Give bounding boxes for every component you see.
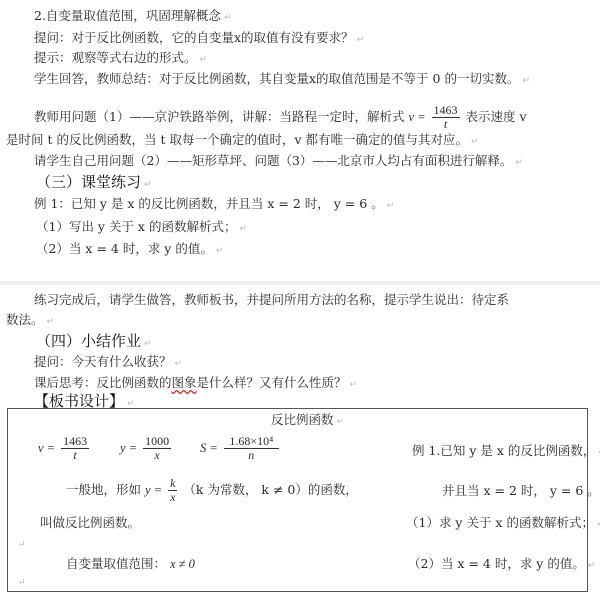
after-practice-text-2: 数法。 bbox=[6, 312, 44, 327]
board-domain: 自变量取值范围： x ≠ 0 bbox=[66, 556, 195, 572]
hint-line: 提示：观察等式右边的形式。↵ bbox=[34, 50, 207, 68]
paragraph-mark-icon: ↵ bbox=[18, 575, 26, 591]
formula-v-lhs: v = bbox=[38, 441, 55, 455]
paragraph-mark-icon: ↵ bbox=[144, 180, 152, 190]
formula-lhs: v = bbox=[408, 110, 425, 124]
paragraph-mark-icon: ↵ bbox=[471, 137, 479, 147]
formula-y-lhs: y = bbox=[120, 441, 137, 455]
paragraph-mark-icon: ↵ bbox=[200, 55, 208, 65]
formula-s-fraction: 1.68×10⁴n bbox=[224, 435, 279, 462]
formula-s-denominator: n bbox=[224, 449, 279, 462]
formula-v-numerator: 1463 bbox=[61, 435, 89, 449]
paragraph-mark-icon: ↵ bbox=[337, 417, 345, 427]
general-denominator: x bbox=[168, 491, 177, 504]
board-general-line-2-text: 叫做反比例函数。 bbox=[40, 515, 140, 530]
board-right-condition: 并且当 x = 2 时， y = 6 。↵ bbox=[442, 483, 600, 501]
board-title-text: 反比例函数 bbox=[271, 412, 334, 427]
section-4-heading-text: （四）小结作业 bbox=[36, 332, 141, 350]
example-text-2: 表示速度 v bbox=[466, 109, 527, 124]
after-practice-line-1: 练习完成后，请学生做答，教师板书，并提问所用方法的名称，提示学生说出：待定系 bbox=[34, 292, 509, 308]
board-design-box: 反比例函数↵ v = 1463t y = 1000x S = 1.68×10⁴n… bbox=[7, 408, 588, 592]
hint-text: 提示：观察等式右边的形式。 bbox=[34, 50, 197, 65]
board-right-q2: （2）当 x = 4 时，求 y 的值。↵ bbox=[408, 556, 595, 574]
section-4-heading: （四）小结作业↵ bbox=[36, 333, 152, 352]
general-prefix: 一般地，形如 bbox=[66, 482, 141, 497]
board-right-q1: （1）求 y 关于 x 的函数解析式；↵ bbox=[406, 515, 600, 533]
formula-s-numerator: 1.68×10⁴ bbox=[224, 435, 279, 449]
summary-text: 学生回答，教师总结：对于反比例函数，其自变量x的取值范围是不等于 0 的一切实数… bbox=[34, 71, 519, 86]
homework-suffix: 是什么样？又有什么性质？ bbox=[197, 375, 347, 390]
example-line-2-text: 是时间 t 的反比例函数，当 t 取每一个确定的值时，v 都有唯一确定的值与其对… bbox=[6, 132, 468, 147]
practice-q1-text: （1）写出 y 关于 x 的函数解析式； bbox=[36, 219, 236, 234]
general-numerator: k bbox=[168, 477, 177, 491]
formula-numerator: 1463 bbox=[432, 104, 460, 118]
practice-q2-text: （2）当 x = 4 时，求 y 的值。 bbox=[36, 241, 213, 256]
summary-question-text: 提问：今天有什么收获？ bbox=[34, 354, 172, 369]
paragraph-mark-icon: ↵ bbox=[350, 380, 358, 390]
page-break-divider bbox=[0, 281, 600, 285]
paragraph-mark-icon: ↵ bbox=[175, 359, 183, 369]
formula-v-denominator: t bbox=[61, 449, 89, 462]
formula-y-numerator: 1000 bbox=[143, 435, 171, 449]
question-text: 提问：对于反比例函数，它的自变量x的取值有没有要求？ bbox=[34, 30, 354, 45]
spellcheck-squiggle-word[interactable]: 图象 bbox=[172, 375, 197, 390]
board-formula-s: S = 1.68×10⁴n bbox=[200, 435, 281, 462]
after-practice-text-1: 练习完成后，请学生做答，教师板书，并提问所用方法的名称，提示学生说出：待定系 bbox=[34, 292, 509, 307]
example-line-2: 是时间 t 的反比例函数，当 t 取每一个确定的值时，v 都有唯一确定的值与其对… bbox=[6, 132, 479, 150]
homework-line: 课后思考：反比例函数的图象是什么样？又有什么性质？↵ bbox=[34, 375, 357, 393]
paragraph-mark-icon: ↵ bbox=[18, 537, 26, 553]
example-text-1: 教师用问题（1）——京沪铁路举例，讲解：当路程一定时，解析式 bbox=[34, 109, 404, 124]
summary-question: 提问：今天有什么收获？↵ bbox=[34, 354, 182, 372]
board-formula-y: y = 1000x bbox=[120, 435, 173, 462]
summary-line: 学生回答，教师总结：对于反比例函数，其自变量x的取值范围是不等于 0 的一切实数… bbox=[34, 71, 530, 89]
board-right-example: 例 1.已知 y 是 x 的反比例函数，↵ bbox=[412, 443, 600, 461]
practice-q2: （2）当 x = 4 时，求 y 的值。↵ bbox=[36, 241, 223, 259]
general-fraction: kx bbox=[168, 477, 177, 504]
board-right-condition-text: 并且当 x = 2 时， y = 6 。 bbox=[442, 483, 600, 498]
section-3-heading-text: （三）课堂练习 bbox=[36, 173, 141, 191]
formula-denominator: t bbox=[432, 118, 460, 131]
student-task-line: 请学生自己用问题（2）——矩形草坪、问题（3）——北京市人均占有面积进行解释。↵ bbox=[34, 153, 523, 171]
paragraph-mark-icon: ↵ bbox=[239, 224, 247, 234]
section-2-title-text: 2.自变量取值范围，巩固理解概念 bbox=[34, 8, 221, 23]
formula-y-denominator: x bbox=[143, 449, 171, 462]
practice-example-text: 例 1：已知 y 是 x 的反比例函数，并且当 x = 2 时， y = 6 。 bbox=[34, 196, 384, 211]
paragraph-mark-icon: ↵ bbox=[515, 158, 523, 168]
formula-s-lhs: S = bbox=[200, 441, 218, 455]
paragraph-mark-icon: ↵ bbox=[357, 35, 365, 45]
formula-fraction: 1463t bbox=[432, 104, 460, 131]
after-practice-line-2: 数法。↵ bbox=[6, 312, 54, 330]
practice-example: 例 1：已知 y 是 x 的反比例函数，并且当 x = 2 时， y = 6 。… bbox=[34, 196, 394, 214]
paragraph-mark-icon: ↵ bbox=[522, 76, 530, 86]
board-formula-v: v = 1463t bbox=[38, 435, 91, 462]
board-title: 反比例函数↵ bbox=[271, 412, 344, 430]
paragraph-mark-icon: ↵ bbox=[216, 246, 224, 256]
board-right-q2-text: （2）当 x = 4 时，求 y 的值。 bbox=[408, 556, 585, 571]
question-line: 提问：对于反比例函数，它的自变量x的取值有没有要求？↵ bbox=[34, 30, 364, 48]
section-2-title: 2.自变量取值范围，巩固理解概念↵ bbox=[34, 8, 231, 26]
board-general-line-2: 叫做反比例函数。 bbox=[40, 515, 140, 531]
example-line-1: 教师用问题（1）——京沪铁路举例，讲解：当路程一定时，解析式 v = 1463t… bbox=[34, 104, 527, 131]
general-suffix: （k 为常数， k ≠ 0）的函数， bbox=[183, 482, 357, 497]
paragraph-mark-icon: ↵ bbox=[47, 317, 55, 327]
section-3-heading: （三）课堂练习↵ bbox=[36, 174, 152, 193]
board-right-q1-text: （1）求 y 关于 x 的函数解析式； bbox=[406, 515, 594, 530]
paragraph-mark-icon: ↵ bbox=[224, 13, 232, 23]
board-right-example-text: 例 1.已知 y 是 x 的反比例函数， bbox=[412, 443, 595, 458]
board-domain-label: 自变量取值范围： bbox=[66, 556, 166, 571]
homework-prefix: 课后思考：反比例函数的 bbox=[34, 375, 172, 390]
general-lhs: y = bbox=[145, 483, 162, 497]
board-general-definition: 一般地，形如 y = kx （k 为常数， k ≠ 0）的函数， bbox=[66, 477, 358, 504]
student-task-text: 请学生自己用问题（2）——矩形草坪、问题（3）——北京市人均占有面积进行解释。 bbox=[34, 153, 512, 168]
board-domain-value: x ≠ 0 bbox=[170, 557, 195, 571]
practice-q1: （1）写出 y 关于 x 的函数解析式；↵ bbox=[36, 219, 247, 237]
paragraph-mark-icon: ↵ bbox=[588, 561, 596, 571]
formula-v-fraction: 1463t bbox=[61, 435, 89, 462]
paragraph-mark-icon: ↵ bbox=[387, 201, 395, 211]
paragraph-mark-icon: ↵ bbox=[144, 339, 152, 349]
formula-y-fraction: 1000x bbox=[143, 435, 171, 462]
